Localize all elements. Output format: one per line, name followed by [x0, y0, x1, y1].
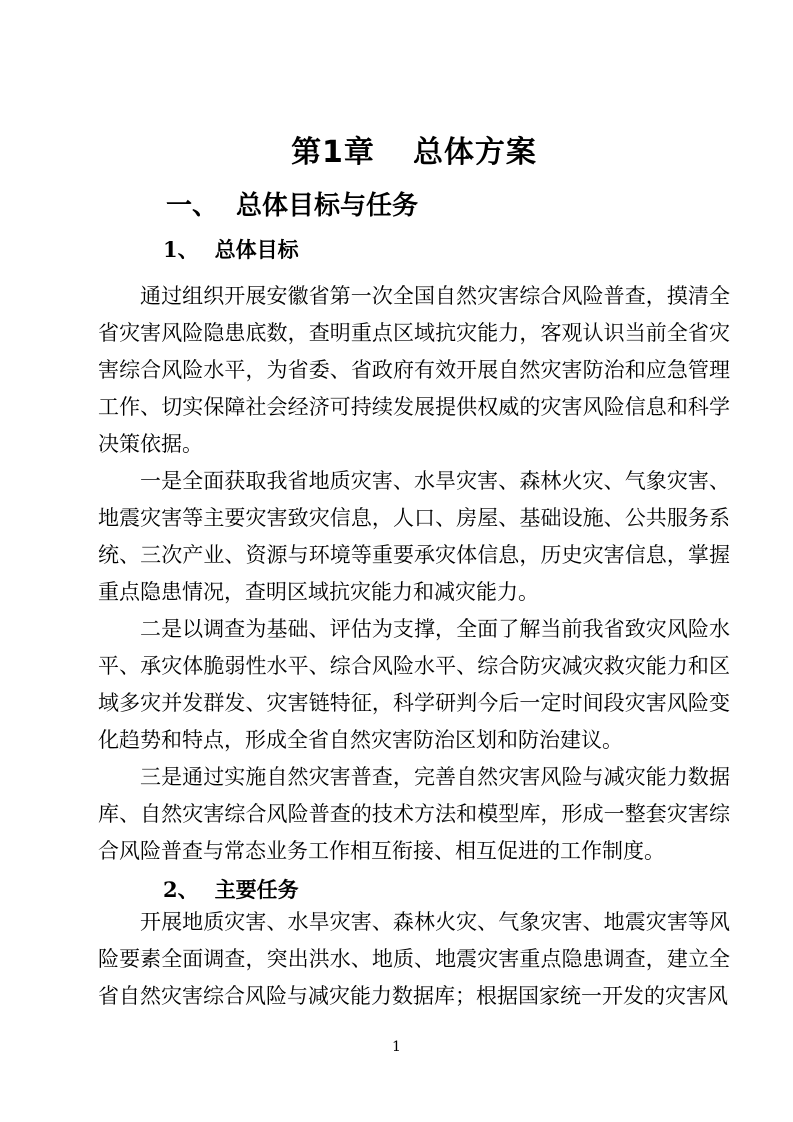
chapter-heading: 第1章总体方案	[98, 131, 730, 175]
subsection2-number-label: 2、	[163, 877, 199, 902]
document-page: 第1章总体方案 一、总体目标与任务 1、总体目标 通过组织开展安徽省第一次全国自…	[0, 0, 793, 1122]
subsection1-number-label: 1、	[163, 237, 199, 262]
paragraph-overview: 通过组织开展安徽省第一次全国自然灾害综合风险普查，摸清全省灾害风险隐患底数，查明…	[98, 278, 730, 463]
section-heading: 一、总体目标与任务	[166, 189, 730, 223]
paragraph-goal-three: 三是通过实施自然灾害普查，完善自然灾害风险与减灾能力数据库、自然灾害综合风险普查…	[98, 759, 730, 870]
page-footer: 1	[0, 1038, 793, 1056]
chapter-number: 第1章	[291, 135, 375, 170]
subsection2-title-text: 主要任务	[215, 877, 299, 902]
page-number: 1	[392, 1039, 401, 1055]
paragraph-goal-one: 一是全面获取我省地质灾害、水旱灾害、森林火灾、气象灾害、地震灾害等主要灾害致灾信…	[98, 463, 730, 611]
page-content: 第1章总体方案 一、总体目标与任务 1、总体目标 通过组织开展安徽省第一次全国自…	[98, 0, 730, 1015]
paragraph-main-tasks: 开展地质灾害、水旱灾害、森林火灾、气象灾害、地震灾害等风险要素全面调查，突出洪水…	[98, 904, 730, 1015]
section-title-text: 总体目标与任务	[236, 191, 418, 221]
subsection-heading-main-tasks: 2、主要任务	[163, 876, 730, 904]
paragraph-goal-two: 二是以调查为基础、评估为支撑，全面了解当前我省致灾风险水平、承灾体脆弱性水平、综…	[98, 611, 730, 759]
subsection1-title-text: 总体目标	[215, 237, 299, 262]
chapter-title-text: 总体方案	[413, 135, 537, 170]
subsection-heading-overall-goal: 1、总体目标	[163, 236, 730, 264]
section-number-label: 一、	[166, 191, 218, 221]
